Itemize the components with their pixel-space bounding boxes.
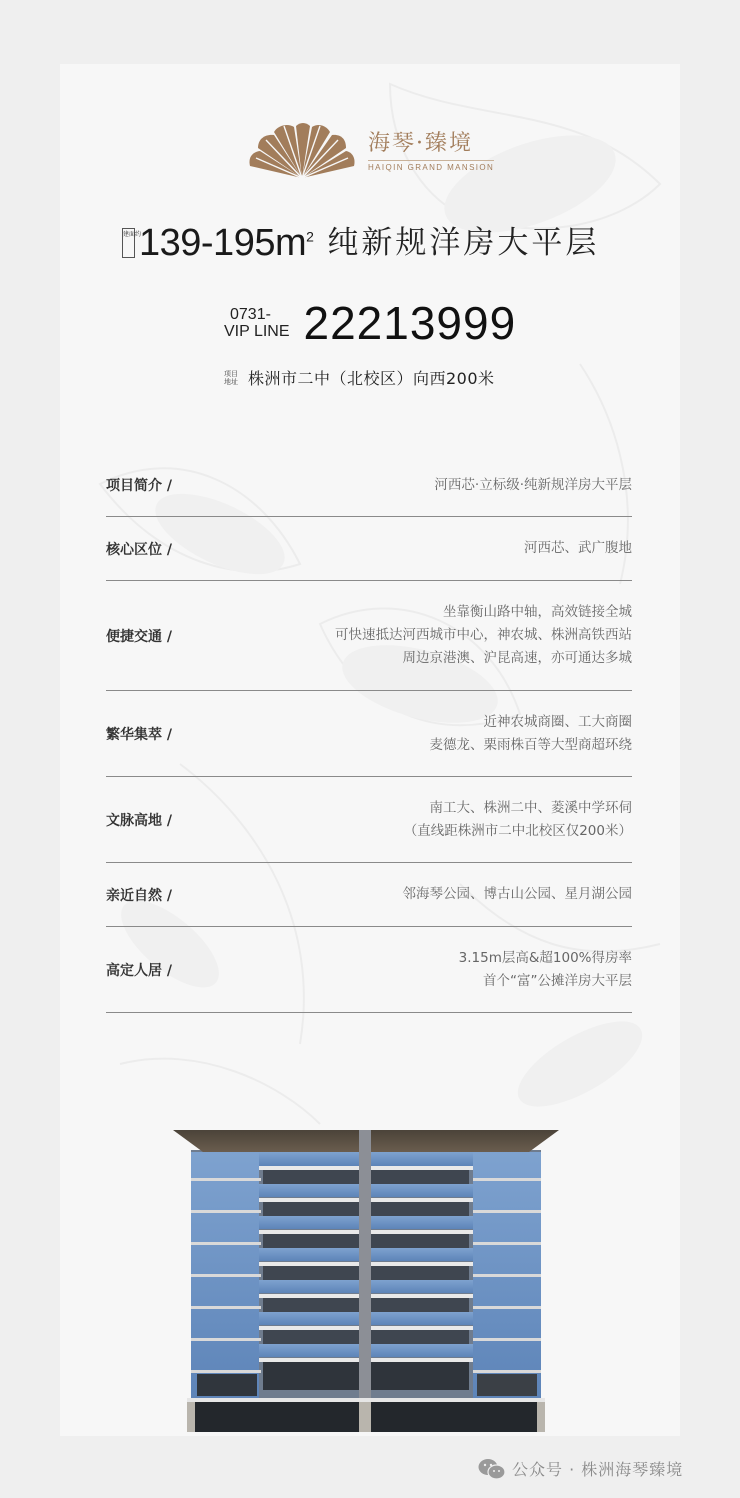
row-label: 文脉高地 /	[106, 810, 172, 830]
wechat-account-label: 公众号 · 株洲海琴臻境	[478, 1457, 683, 1480]
wechat-icon	[478, 1458, 506, 1480]
project-address: 项目 地址 株洲市二中（北校区）向西200米	[224, 366, 495, 389]
row-label: 核心区位 /	[106, 539, 172, 559]
hotline-label: VIP LINE	[224, 323, 290, 340]
info-row-location: 核心区位 / 河西芯、武广腹地	[106, 517, 632, 581]
row-value: 南工大、株洲二中、菱溪中学环伺 （直线距株洲市二中北校区仅200米）	[404, 797, 632, 843]
hotline-prefix: 0731-	[224, 306, 290, 323]
row-label: 项目简介 /	[106, 475, 172, 495]
row-value: 河西芯·立标级·纯新规洋房大平层	[434, 474, 632, 497]
info-row-intro: 项目简介 / 河西芯·立标级·纯新规洋房大平层	[106, 454, 632, 517]
info-row-nature: 亲近自然 / 邻海琴公园、博古山公园、星月湖公园	[106, 863, 632, 927]
address-text: 株洲市二中（北校区）向西200米	[248, 366, 495, 389]
brand-name-en: HAIQIN GRAND MANSION	[368, 160, 494, 172]
row-value: 坐靠衡山路中轴，高效链接全城 可快速抵达河西城市中心，神农城、株洲高铁西站 周边…	[335, 601, 632, 670]
vip-hotline[interactable]: 0731- VIP LINE 22213999	[224, 298, 516, 348]
area-tag: 建面约	[122, 228, 135, 258]
hotline-number[interactable]: 22213999	[304, 298, 517, 348]
wechat-account-text: 公众号 · 株洲海琴臻境	[512, 1457, 683, 1480]
headline: 建面约 139-195m2 纯新规洋房大平层	[122, 222, 599, 264]
brand-name-cn: 海琴·臻境	[368, 130, 494, 158]
row-value: 河西芯、武广腹地	[524, 537, 632, 560]
shell-fan-logo-icon	[248, 122, 356, 180]
project-info-table: 项目简介 / 河西芯·立标级·纯新规洋房大平层 核心区位 / 河西芯、武广腹地 …	[106, 454, 632, 1013]
row-label: 亲近自然 /	[106, 885, 172, 905]
info-row-commerce: 繁华集萃 / 近神农城商圈、工大商圈 麦德龙、栗雨株百等大型商超环绕	[106, 691, 632, 777]
row-label: 高定人居 /	[106, 960, 172, 980]
info-row-transport: 便捷交通 / 坐靠衡山路中轴，高效链接全城 可快速抵达河西城市中心，神农城、株洲…	[106, 581, 632, 691]
address-tag: 项目 地址	[224, 370, 242, 386]
row-label: 便捷交通 /	[106, 626, 172, 646]
area-range: 139-195m2	[139, 222, 313, 264]
info-row-education: 文脉高地 / 南工大、株洲二中、菱溪中学环伺 （直线距株洲市二中北校区仅200米…	[106, 777, 632, 863]
info-row-residence: 高定人居 / 3.15m层高&超100%得房率 首个“富”公摊洋房大平层	[106, 927, 632, 1013]
row-value: 近神农城商圈、工大商圈 麦德龙、栗雨株百等大型商超环绕	[430, 711, 633, 757]
poster-card: 海琴·臻境 HAIQIN GRAND MANSION 建面约 139-195m2…	[60, 64, 680, 1436]
brand-logo: 海琴·臻境 HAIQIN GRAND MANSION	[248, 122, 494, 180]
headline-title: 纯新规洋房大平层	[327, 222, 599, 264]
row-label: 繁华集萃 /	[106, 724, 172, 744]
building-rendering-image	[173, 1130, 559, 1432]
row-value: 3.15m层高&超100%得房率 首个“富”公摊洋房大平层	[459, 947, 632, 993]
row-value: 邻海琴公园、博古山公园、星月湖公园	[403, 883, 633, 906]
